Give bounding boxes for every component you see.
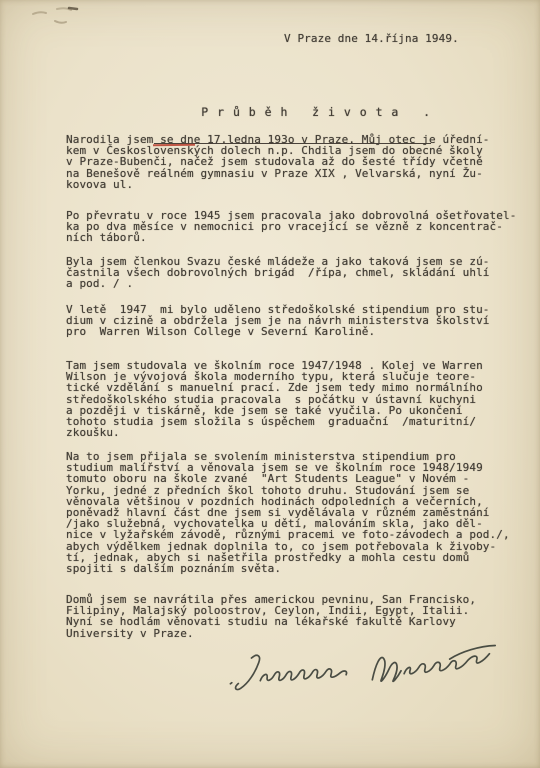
paragraph-youth-union: Byla jsem členkou Svazu české mládeže a … <box>66 256 520 290</box>
paragraph-birth-education: Narodila jsem se dne 17.ledna 193o v Pra… <box>66 134 520 190</box>
paragraph-nurse-1945: Po převratu v roce 1945 jsem pracovala j… <box>66 210 520 244</box>
paragraph-return-home: Domů jsem se navrátila přes americkou pe… <box>66 594 520 639</box>
document-title-text: P r ů b ě h ž i v o t a . <box>201 105 431 119</box>
paragraph-art-students-league: Na to jsem přijala se svolením ministers… <box>66 451 520 574</box>
paragraph-scholarship-1947: V letě 1947 mi bylo uděleno středoškolsk… <box>66 304 520 338</box>
document-page: V Praze dne 14.října 1949. P r ů b ě h ž… <box>0 0 540 768</box>
paragraph-warren-wilson: Tam jsem studovala ve školním roce 1947/… <box>66 360 520 438</box>
signature <box>221 637 513 705</box>
pencil-marks <box>25 2 115 32</box>
dateline: V Praze dne 14.října 1949. <box>284 33 459 44</box>
